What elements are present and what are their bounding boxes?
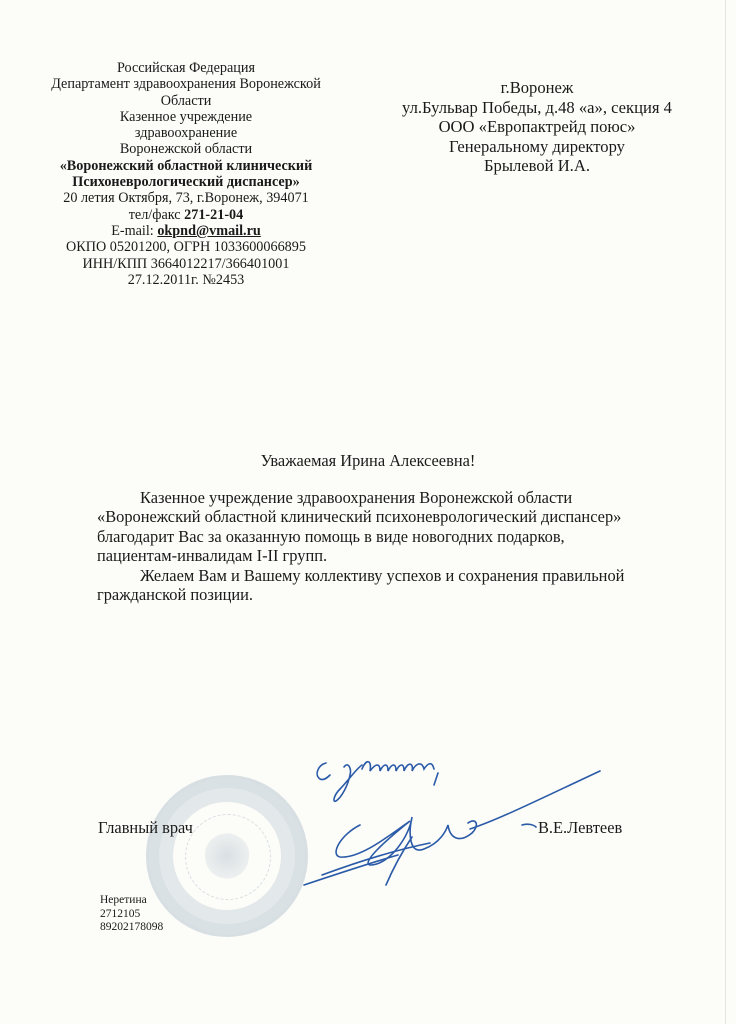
official-stamp [146,775,308,937]
letterhead-line: Воронежской области [34,141,338,157]
letterhead-line: Области [34,93,338,109]
body-line: Желаем Вам и Вашему коллективу успехов и… [140,566,624,585]
body-line: Казенное учреждение здравоохранения Воро… [140,488,572,507]
signer-position: Главный врач [98,818,193,838]
phone-label: тел/факс [129,207,181,223]
letterhead-line: Казенное учреждение [34,109,338,125]
executor-phone: 2712105 [100,908,163,922]
letter-body: Казенное учреждение здравоохранения Воро… [97,488,697,604]
salutation: Уважаемая Ирина Алексеевна! [0,451,736,471]
letterhead-line: здравоохранение [34,125,338,141]
executor-contact: Неретина 2712105 89202178098 [100,894,163,935]
sender-letterhead: Российская Федерация Департамент здравоо… [34,60,338,288]
sender-address: 20 летия Октября, 73, г.Воронеж, 394071 [34,190,338,206]
recipient-line: Брылевой И.А. [372,156,702,176]
phone-value: 271-21-04 [184,207,243,223]
letterhead-line: Российская Федерация [34,60,338,76]
email-label: E-mail: [111,223,154,239]
body-line: пациентам-инвалидам I-II групп. [97,546,327,565]
recipient-line: г.Воронеж [372,78,702,98]
body-line: благодарит Вас за оказанную помощь в вид… [97,527,565,546]
okpo-ogrn: ОКПО 05201200, ОГРН 1033600066895 [34,239,338,255]
signer-name: В.Е.Левтеев [538,818,622,838]
executor-mobile: 89202178098 [100,921,163,935]
org-name: Психоневрологический диспансер» [34,174,338,190]
body-paragraph-2: Желаем Вам и Вашему коллективу успехов и… [97,566,697,605]
letterhead-line: Департамент здравоохранения Воронежской [34,76,338,92]
sender-email: E-mail: okpnd@vmail.ru [34,223,338,239]
body-paragraph-1: Казенное учреждение здравоохранения Воро… [97,488,697,566]
page-edge [725,0,726,1024]
org-name: «Воронежский областной клинический [34,158,338,174]
recipient-line: ул.Бульвар Победы, д.48 «а», секция 4 [372,98,702,118]
body-line: «Воронежский областной клинический психо… [97,507,621,526]
body-line: гражданской позиции. [97,585,253,604]
email-link[interactable]: okpnd@vmail.ru [157,223,260,239]
recipient-line: ООО «Европактрейд поюс» [372,117,702,137]
recipient-block: г.Воронеж ул.Бульвар Победы, д.48 «а», с… [372,78,702,176]
letter-date-number: 27.12.2011г. №2453 [34,272,338,288]
coat-of-arms-icon [205,833,249,879]
inn-kpp: ИНН/КПП 3664012217/366401001 [34,256,338,272]
executor-name: Неретина [100,894,163,908]
recipient-line: Генеральному директору [372,137,702,157]
sender-phone: тел/факс 271-21-04 [34,207,338,223]
